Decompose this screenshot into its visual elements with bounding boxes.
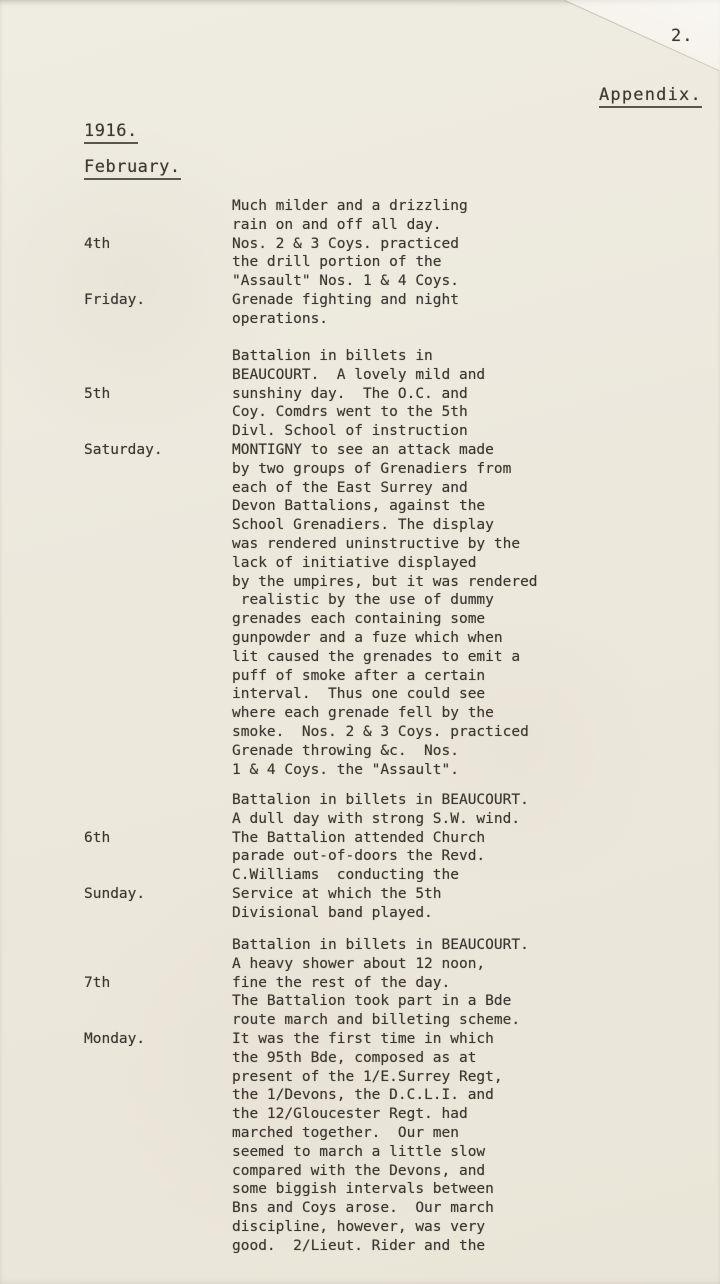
entry-weekday: Sunday. <box>84 885 232 904</box>
entry-date-column: 4th Friday. <box>84 197 232 347</box>
entry-weekday: Monday. <box>84 1030 232 1049</box>
entry-date: 6th <box>84 829 232 848</box>
entry-date: 7th <box>84 974 232 993</box>
page-number: 2. <box>671 26 693 46</box>
year-heading: 1916. <box>84 121 138 144</box>
diary-entry-5th-saturday: 5th Saturday. Battalion in billets in BE… <box>84 347 644 779</box>
diary-entry-7th-monday: 7th Monday. Battalion in billets in BEAU… <box>84 936 644 1256</box>
entry-weekday: Saturday. <box>84 441 232 460</box>
entry-date-column: 7th Monday. <box>84 936 232 1086</box>
entry-date-column: 6th Sunday. <box>84 791 232 941</box>
entry-text: Battalion in billets in BEAUCOURT. A lov… <box>232 347 644 779</box>
entry-date: 5th <box>84 385 232 404</box>
entry-date-column: 5th Saturday. <box>84 347 232 497</box>
entry-text: Battalion in billets in BEAUCOURT. A hea… <box>232 936 644 1256</box>
entry-date: 4th <box>84 235 232 254</box>
diary-entry-6th-sunday: 6th Sunday. Battalion in billets in BEAU… <box>84 791 644 941</box>
month-heading: February. <box>84 157 181 180</box>
entry-text: Much milder and a drizzling rain on and … <box>232 197 644 329</box>
document-page: 2. Appendix. 1916. February. 4th Friday.… <box>0 0 720 1284</box>
appendix-heading: Appendix. <box>599 85 702 108</box>
entry-text: Battalion in billets in BEAUCOURT. A dul… <box>232 791 644 923</box>
diary-entry-4th-friday: 4th Friday. Much milder and a drizzling … <box>84 197 644 347</box>
entry-weekday: Friday. <box>84 291 232 310</box>
